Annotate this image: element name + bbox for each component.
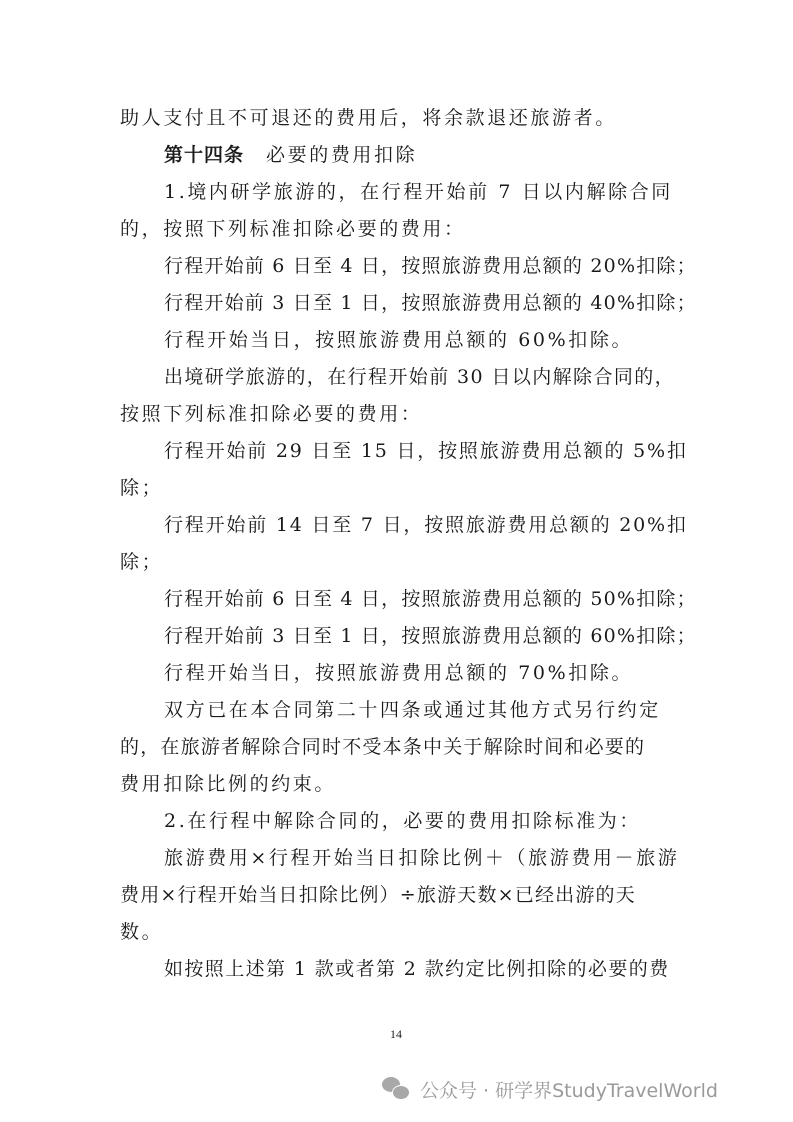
watermark-text: 公众号 · 研学界StudyTravelWorld	[420, 1076, 718, 1103]
text-line: 除；	[120, 544, 665, 581]
article-heading: 第十四条必要的费用扣除	[164, 137, 665, 174]
text-line: 助人支付且不可退还的费用后，将余款退还旅游者。	[120, 100, 665, 137]
page-number: 14	[390, 1027, 402, 1042]
text-line: 按照下列标准扣除必要的费用：	[120, 396, 665, 433]
text-line: 行程开始前 3 日至 1 日，按照旅游费用总额的 40%扣除；	[164, 285, 665, 322]
text-line: 除；	[120, 470, 665, 507]
article-title: 必要的费用扣除	[266, 144, 417, 166]
text-line: 行程开始前 6 日至 4 日，按照旅游费用总额的 50%扣除；	[164, 581, 665, 618]
text-line: 出境研学旅游的，在行程开始前 30 日以内解除合同的，	[164, 359, 665, 396]
text-line: 行程开始前 14 日至 7 日，按照旅游费用总额的 20%扣	[164, 507, 665, 544]
wechat-icon	[382, 1077, 410, 1101]
text-line: 旅游费用×行程开始当日扣除比例＋（旅游费用－旅游	[164, 840, 665, 877]
text-line: 行程开始当日，按照旅游费用总额的 70%扣除。	[164, 655, 665, 692]
text-line: 行程开始当日，按照旅游费用总额的 60%扣除。	[164, 322, 665, 359]
text-line: 1.境内研学旅游的，在行程开始前 7 日以内解除合同	[164, 174, 665, 211]
text-line: 数。	[120, 914, 665, 951]
text-line: 行程开始前 29 日至 15 日，按照旅游费用总额的 5%扣	[164, 433, 665, 470]
text-line: 行程开始前 6 日至 4 日，按照旅游费用总额的 20%扣除；	[164, 248, 665, 285]
text-line: 如按照上述第 1 款或者第 2 款约定比例扣除的必要的费	[164, 951, 665, 988]
text-line: 双方已在本合同第二十四条或通过其他方式另行约定	[164, 692, 665, 729]
text-line: 费用扣除比例的约束。	[120, 766, 665, 803]
text-line: 行程开始前 3 日至 1 日，按照旅游费用总额的 60%扣除；	[164, 618, 665, 655]
article-number: 第十四条	[164, 144, 244, 166]
text-line: 的，在旅游者解除合同时不受本条中关于解除时间和必要的	[120, 729, 665, 766]
watermark: 公众号 · 研学界StudyTravelWorld	[382, 1073, 718, 1105]
text-line: 2.在行程中解除合同的，必要的费用扣除标准为：	[164, 803, 665, 840]
text-line: 费用×行程开始当日扣除比例）÷旅游天数×已经出游的天	[120, 877, 665, 914]
text-line: 的，按照下列标准扣除必要的费用：	[120, 211, 665, 248]
